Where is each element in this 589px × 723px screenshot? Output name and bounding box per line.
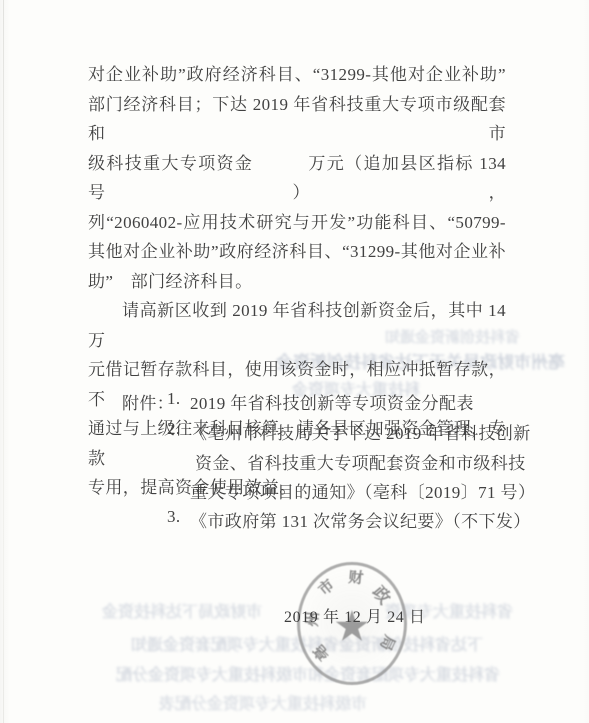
attachment-text: 2019 年省科技创新等专项资金分配表 (190, 389, 474, 414)
attachment-text: 资金、省科技重大专项配套资金和市级科技 (195, 449, 526, 474)
attachment-number: 3. (167, 507, 181, 527)
body-line-4: 列“2060402-应用技术研究与开发”功能科目、“50799- (88, 208, 506, 238)
seal-character: 财 (348, 566, 365, 588)
attachment-text: 《亳州市科技局关于下达 2019 年省科技创新 (190, 419, 531, 444)
bleedthrough-text: 省科技重大专项配套资金和市级科技重大专项资金分配 (77, 662, 500, 685)
body-line-1: 对企业补助”政府经济科目、“31299-其他对企业补助” (88, 60, 506, 90)
scan-edge-artifact (3, 0, 4, 723)
seal-character: 局 (375, 632, 400, 654)
attachment-text: 重大专项项目的通知》（亳科〔2019〕71 号） (190, 478, 535, 503)
attachment-text: 《市政府第 131 次常务会议纪要》（不下发） (190, 507, 531, 532)
attachment-list: 附件： 1. 2019 年省科技创新等专项资金分配表 2. 《亳州市科技局关于下… (88, 389, 528, 539)
bleedthrough-text: 市级科技重大专项资金分配表 (77, 691, 367, 714)
body-line-7: 请高新区收到 2019 年省科技创新资金后，其中 14 万 (88, 296, 506, 355)
body-line-6: 助” 部门经济科目。 (88, 267, 506, 297)
scanned-document-page: 省科技创新资金通知 亳州市财政局关于下达省科技创新资金 科技重大专项资金 市财政… (0, 0, 589, 723)
bleedthrough-text: 市财政局下达科技资金 (22, 599, 262, 622)
body-line-3: 级科技重大专项资金 万元（追加县区指标 134 号）， (88, 149, 506, 208)
attachment-number: 1. (167, 389, 181, 409)
seal-character: 市 (313, 574, 338, 600)
seal-character: 亳 (308, 640, 334, 665)
document-date: 2019 年 12 月 24 日 (284, 604, 444, 627)
body-line-2: 部门经济科目；下达 2019 年省科技重大专项市级配套和市 (88, 90, 506, 149)
body-line-5: 其他对企业补助”政府经济科目、“31299-其他对企业补 (88, 237, 506, 267)
bleedthrough-text: 下达省科技创新资金省科技重大专项配套资金通知 (83, 632, 483, 655)
attachment-number: 2. (167, 419, 181, 439)
